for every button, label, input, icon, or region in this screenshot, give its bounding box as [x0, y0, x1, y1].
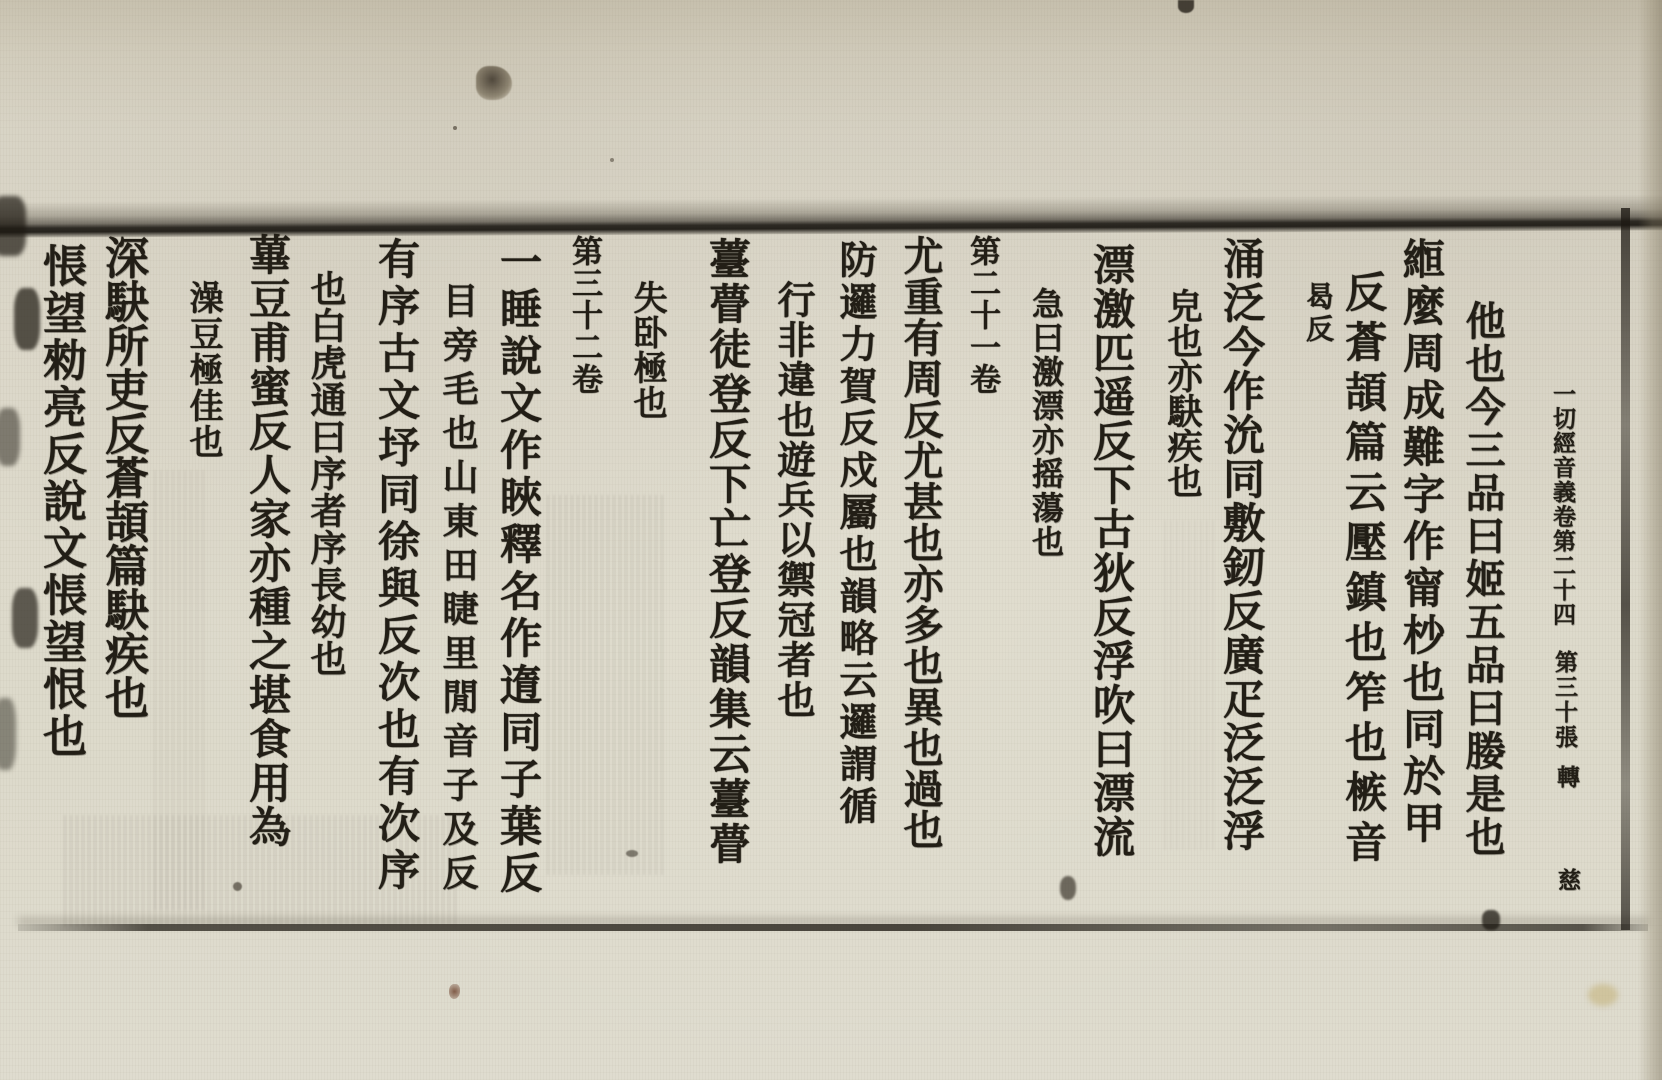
ink-streaks [1160, 520, 1215, 850]
text-column: 一睡說文作䀹釋名作遀同子葉反 [497, 240, 539, 898]
collation-character-label: 慈 [1556, 868, 1579, 891]
paper-speck [1060, 876, 1076, 900]
text-column: 蓽豆甫蜜反人家亦種之堪食用為 [246, 233, 288, 849]
text-column-small-gloss: 也白虎通曰序者序長幼也 [308, 270, 344, 677]
right-border-rule [1621, 208, 1630, 930]
top-border-rule [0, 194, 1662, 237]
sheet-number-label: 第三十張 [1553, 650, 1576, 750]
text-column: 反蒼頡篇云壓鎮也笮也槉音 [1342, 270, 1384, 870]
ink-streaks [543, 495, 663, 875]
edge-smudge [14, 288, 40, 350]
text-column-small-gloss: 曷反 [1304, 282, 1332, 346]
volume-title-label: 一切經音義卷第二十四 [1551, 382, 1574, 627]
bottom-border-blob [1482, 910, 1500, 930]
text-column-small-gloss: 失卧極也 [630, 280, 664, 420]
section-heading-vol21: 第二十一卷 [966, 235, 997, 395]
yellow-stain [1588, 984, 1618, 1006]
ink-streaks [60, 815, 460, 927]
text-column: 涌泛今作沇同敷釰反廣疋泛泛浮 [1220, 237, 1262, 853]
text-column: 他也今三品曰姬五品曰媵是也 [1462, 300, 1502, 859]
text-column-small-gloss: 目旁毛也山東田睫里閒音子及反 [440, 282, 476, 898]
text-column-small-gloss: 防邏力賀反戍屬也韻略云邏謂循 [836, 240, 874, 828]
text-column-small-gloss: 急曰激漂亦摇蕩也 [1030, 287, 1062, 559]
text-column: 深駃所吏反蒼頡篇駃疾也 [100, 235, 144, 719]
edge-smudge [0, 698, 16, 770]
paper-speck [610, 158, 614, 162]
section-heading-vol32: 第三十二卷 [568, 235, 599, 395]
text-column: 縆麼周成難字作甯杪也同於甲 [1400, 237, 1442, 848]
edge-smudge [12, 588, 38, 648]
text-column-small-gloss: 行非違也遊兵以禦冠者也 [774, 280, 812, 720]
edge-smudge [0, 196, 26, 256]
text-column: 薹瞢徒登反下亡登反韻集云薹瞢 [706, 237, 748, 867]
paper-speck [453, 126, 457, 130]
page-edge-shadow [1638, 0, 1662, 1080]
edge-smudge [0, 408, 20, 466]
text-column: 有序古文㘧同徐與反次也有次序 [375, 237, 417, 895]
paper-speck [1178, 0, 1194, 13]
scanned-page: 一切經音義卷第二十四 第三十張 轉 慈 他也今三品曰姬五品曰媵是也 縆麼周成難字… [0, 0, 1662, 1080]
case-character-label: 轉 [1555, 765, 1578, 788]
text-column: 尤重有周反尤甚也亦多也異也過也 [900, 235, 940, 850]
text-column-small-gloss: 皃也亦駃疾也 [1165, 288, 1200, 498]
text-column-small-gloss: 澡豆極佳也 [186, 280, 220, 460]
ink-blot-stain [476, 66, 512, 100]
ink-streaks [150, 470, 208, 910]
text-column: 悵望勑亮反說文悵望恨也 [38, 243, 82, 760]
text-column: 漂激匹遥反下古狄反浮吹曰漂流 [1090, 243, 1132, 859]
insect-fleck [449, 984, 460, 999]
